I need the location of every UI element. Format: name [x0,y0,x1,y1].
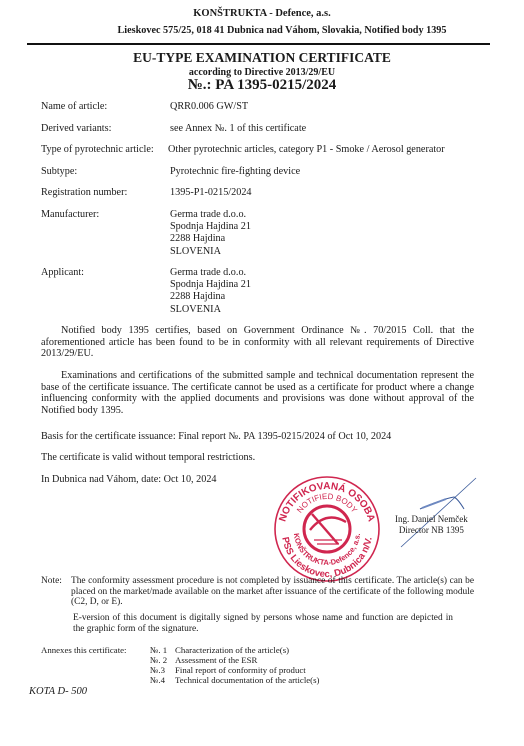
field-label-subtype: Subtype: [41,166,77,177]
certification-text: Notified body 1395 certifies, based on G… [41,325,474,359]
annex-number: №. 1 [150,645,167,655]
annex-title: Technical documentation of the article(s… [175,675,319,685]
field-value-variants: see Annex №. 1 of this certificate [170,123,306,134]
note-esignature: E-version of this document is digitally … [73,613,453,634]
note-label: Note: [41,576,62,586]
note-conformity: The conformity assessment procedure is n… [68,576,474,608]
field-label-name: Name of article: [41,101,107,112]
applicant-line: Spodnja Hajdina 21 [170,279,251,291]
field-value-name: QRR0.006 GW/ST [170,101,248,112]
examination-text: Examinations and certifications of the s… [41,370,474,416]
applicant-line: Germa trade d.o.o. [170,267,251,279]
svg-text:NOTIFIKOVANÁ OSOBA: NOTIFIKOVANÁ OSOBA [277,481,376,523]
signatory-block: Ing. Daniel Nemček Director NB 1395 [395,514,468,535]
certification-paragraph: Notified body 1395 certifies, based on G… [41,325,474,360]
applicant-address: Germa trade d.o.o. Spodnja Hajdina 21 22… [170,267,251,316]
manufacturer-line: SLOVENIA [170,246,251,258]
annex-number: №.4 [150,675,165,685]
annex-number: №. 2 [150,655,167,665]
place-date-line: In Dubnica nad Váhom, date: Oct 10, 2024 [41,474,217,485]
field-value-registration: 1395-P1-0215/2024 [170,187,252,198]
certificate-number: №.: PA 1395-0215/2024 [0,77,524,94]
issuer-address: Lieskovec 575/25, 018 41 Dubnica nad Váh… [0,25,524,36]
applicant-line: 2288 Hajdina [170,291,251,303]
header-divider [27,43,490,45]
field-value-subtype: Pyrotechnic fire-fighting device [170,166,300,177]
manufacturer-label: Manufacturer: [41,209,99,220]
annexes-label: Annexes this certificate: [41,645,127,655]
signatory-role: Director NB 1395 [395,525,468,536]
validity-line: The certificate is valid without tempora… [41,452,255,463]
annex-title: Assessment of the ESR [175,655,257,665]
annex-title: Characterization of the article(s) [175,645,289,655]
applicant-label: Applicant: [41,267,84,278]
field-label-variants: Derived variants: [41,123,111,134]
examination-paragraph: Examinations and certifications of the s… [41,370,474,416]
field-label-registration: Registration number: [41,187,127,198]
applicant-line: SLOVENIA [170,304,251,316]
issuer-name: KONŠTRUKTA - Defence, a.s. [0,8,524,19]
note-text: The conformity assessment procedure is n… [68,576,474,608]
document-code: KOTA D- 500 [29,686,87,697]
note-conformity-text: The conformity assessment procedure is n… [71,576,474,607]
signature-icon [398,475,478,550]
basis-line: Basis for the certificate issuance: Fina… [41,431,391,442]
manufacturer-address: Germa trade d.o.o. Spodnja Hajdina 21 22… [170,209,251,258]
manufacturer-line: Spodnja Hajdina 21 [170,221,251,233]
manufacturer-line: 2288 Hajdina [170,233,251,245]
annex-title: Final report of conformity of product [175,665,306,675]
manufacturer-line: Germa trade d.o.o. [170,209,251,221]
notified-body-stamp-icon: NOTIFIKOVANÁ OSOBA NOTIFIED BODY PSS Lie… [272,474,382,584]
annex-number: №.3 [150,665,165,675]
certificate-title: EU-TYPE EXAMINATION CERTIFICATE [0,50,524,66]
field-value-type: Other pyrotechnic articles, category P1 … [168,144,445,155]
field-label-type: Type of pyrotechnic article: [41,144,154,155]
signatory-name: Ing. Daniel Nemček [395,514,468,525]
